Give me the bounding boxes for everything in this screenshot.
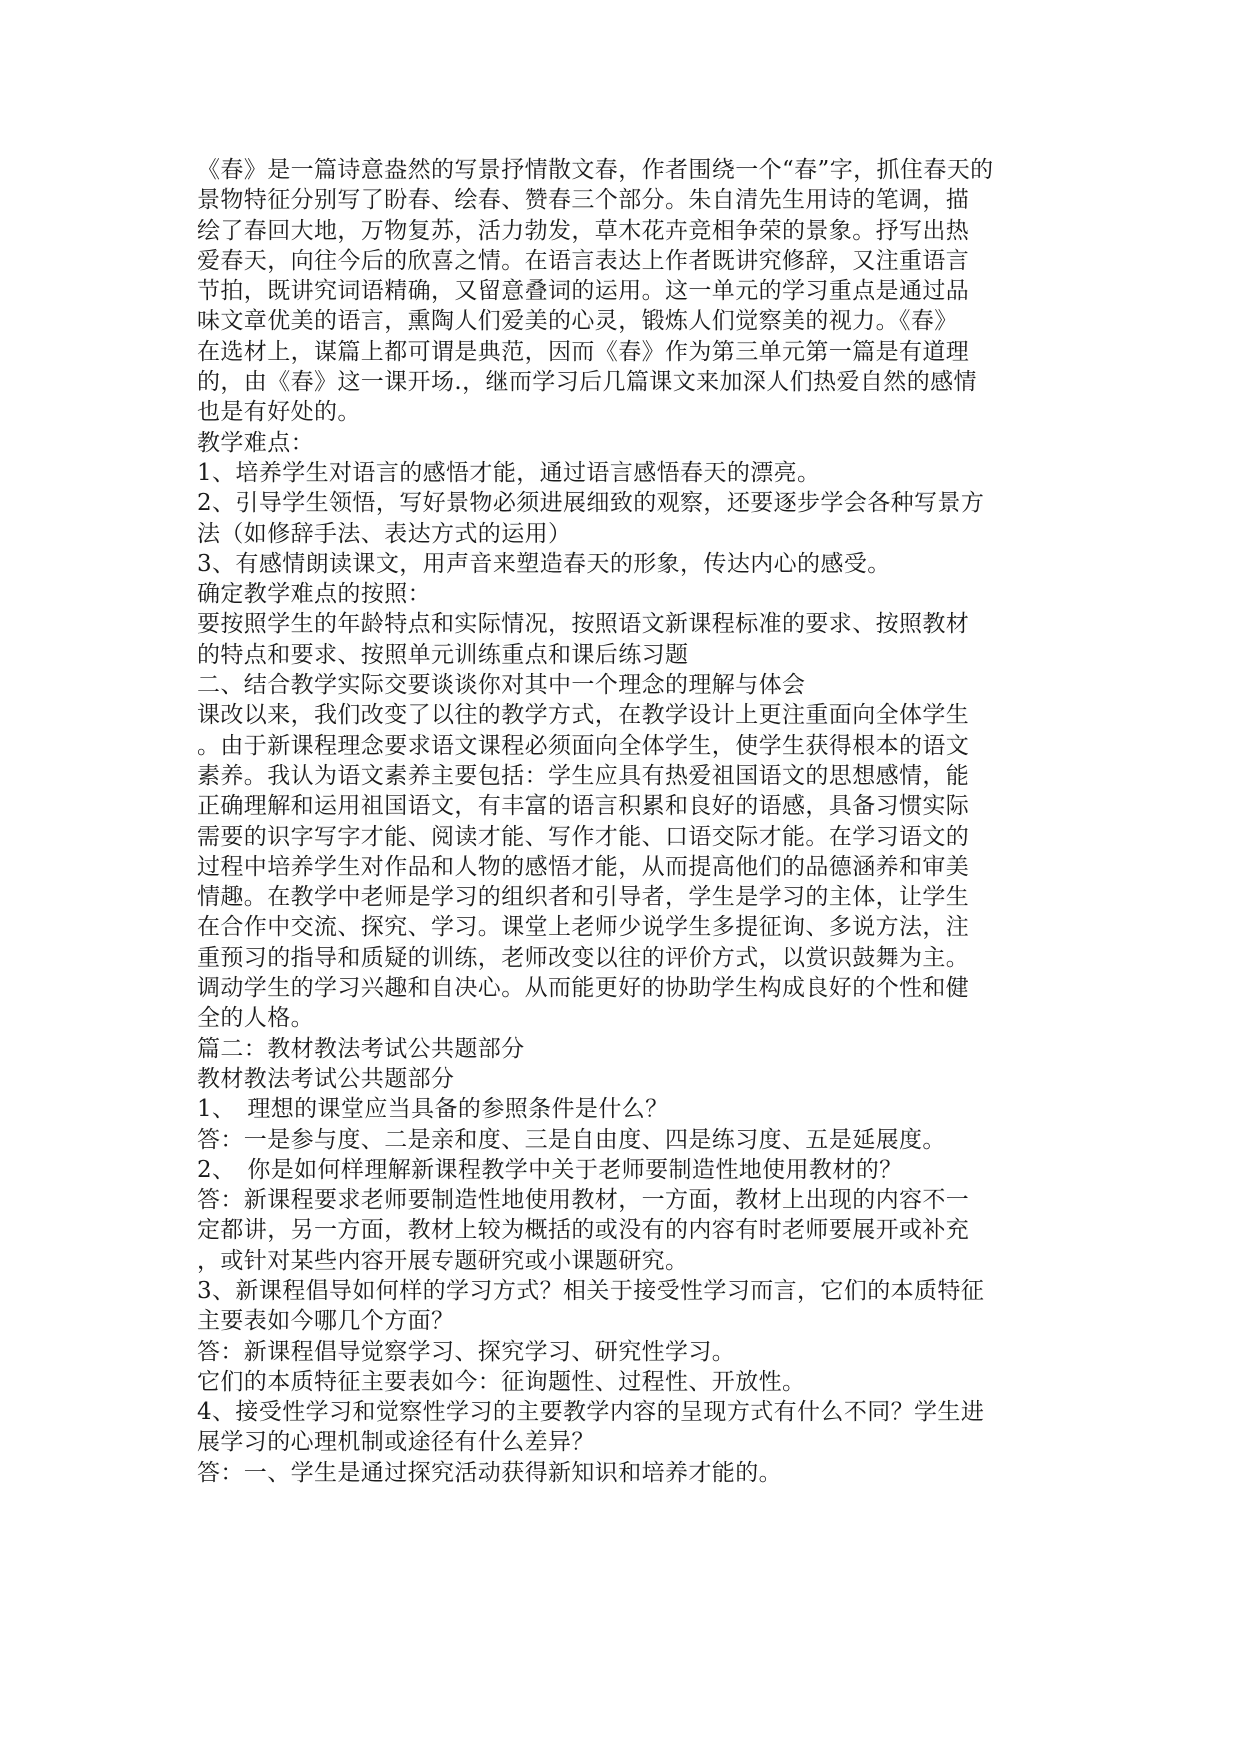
question-continuation: 主要表如今哪几个方面？ [197,1306,1057,1336]
section-title: 篇二：教材教法考试公共题部分 [197,1034,1057,1064]
paragraph-line: 调动学生的学习兴趣和自决心。从而能更好的协助学生构成良好的个性和健 [197,973,1057,1003]
section-heading: 教学难点： [197,428,1057,458]
answer: 答：新课程倡导觉察学习、探究学习、研究性学习。 [197,1337,1057,1367]
paragraph-line: 爱春天，向往今后的欣喜之情。在语言表达上作者既讲究修辞，又注重语言 [197,246,1057,276]
paragraph-line: 在选材上，谋篇上都可谓是典范，因而《春》作为第三单元第一篇是有道理 [197,337,1057,367]
question: 4、接受性学习和觉察性学习的主要教学内容的呈现方式有什么不同？学生进 [197,1397,1057,1427]
paragraph-line: 《春》是一篇诗意盎然的写景抒情散文春，作者围绕一个“春”字，抓住春天的 [197,155,1057,185]
paragraph-line: 。由于新课程理念要求语文课程必须面向全体学生，使学生获得根本的语文 [197,731,1057,761]
section-title: 教材教法考试公共题部分 [197,1064,1057,1094]
answer-continuation: ，或针对某些内容开展专题研究或小课题研究。 [197,1246,1057,1276]
paragraph-line: 需要的识字写字才能、阅读才能、写作才能、口语交际才能。在学习语文的 [197,822,1057,852]
paragraph-line: 正确理解和运用祖国语文，有丰富的语言积累和良好的语感，具备习惯实际 [197,791,1057,821]
list-item: 2、引导学生领悟，写好景物必须进展细致的观察，还要逐步学会各种写景方 [197,488,1057,518]
paragraph-line: 情趣。在教学中老师是学习的组织者和引导者，学生是学习的主体，让学生 [197,882,1057,912]
paragraph-line: 全的人格。 [197,1003,1057,1033]
list-item: 3、有感情朗读课文，用声音来塑造春天的形象，传达内心的感受。 [197,549,1057,579]
section-heading: 确定教学难点的按照： [197,579,1057,609]
question: 3、新课程倡导如何样的学习方式？相关于接受性学习而言，它们的本质特征 [197,1276,1057,1306]
list-item: 1、培养学生对语言的感悟才能，通过语言感悟春天的漂亮。 [197,458,1057,488]
answer: 答：一是参与度、二是亲和度、三是自由度、四是练习度、五是延展度。 [197,1125,1057,1155]
section-heading: 二、结合教学实际交要谈谈你对其中一个理念的理解与体会 [197,670,1057,700]
paragraph-line: 味文章优美的语言，熏陶人们爱美的心灵，锻炼人们觉察美的视力。《春》 [197,306,1057,336]
paragraph-line: 绘了春回大地，万物复苏，活力勃发，草木花卉竞相争荣的景象。抒写出热 [197,216,1057,246]
list-item-continuation: 法（如修辞手法、表达方式的运用） [197,519,1057,549]
paragraph-line: 重预习的指导和质疑的训练，老师改变以往的评价方式，以赏识鼓舞为主。 [197,943,1057,973]
question: 2、 你是如何样理解新课程教学中关于老师要制造性地使用教材的？ [197,1155,1057,1185]
paragraph-line: 在合作中交流、探究、学习。课堂上老师少说学生多提征询、多说方法，注 [197,912,1057,942]
answer-continuation: 它们的本质特征主要表如今：征询题性、过程性、开放性。 [197,1367,1057,1397]
paragraph-line: 也是有好处的。 [197,397,1057,427]
paragraph-line: 过程中培养学生对作品和人物的感悟才能，从而提高他们的品德涵养和审美 [197,852,1057,882]
paragraph-line: 要按照学生的年龄特点和实际情况，按照语文新课程标准的要求、按照教材 [197,609,1057,639]
paragraph-line: 素养。我认为语文素养主要包括：学生应具有热爱祖国语文的思想感情，能 [197,761,1057,791]
paragraph-line: 的特点和要求、按照单元训练重点和课后练习题 [197,640,1057,670]
answer-continuation: 定都讲，另一方面，教材上较为概括的或没有的内容有时老师要展开或补充 [197,1215,1057,1245]
answer: 答：新课程要求老师要制造性地使用教材，一方面，教材上出现的内容不一 [197,1185,1057,1215]
question-continuation: 展学习的心理机制或途径有什么差异？ [197,1427,1057,1457]
paragraph-line: 节拍，既讲究词语精确，又留意叠词的运用。这一单元的学习重点是通过品 [197,276,1057,306]
paragraph-line: 课改以来，我们改变了以往的教学方式，在教学设计上更注重面向全体学生 [197,700,1057,730]
document-body: 《春》是一篇诗意盎然的写景抒情散文春，作者围绕一个“春”字，抓住春天的 景物特征… [197,155,1057,1488]
document-page: 《春》是一篇诗意盎然的写景抒情散文春，作者围绕一个“春”字，抓住春天的 景物特征… [0,0,1241,1754]
paragraph-line: 的，由《春》这一课开场.，继而学习后几篇课文来加深人们热爱自然的感情 [197,367,1057,397]
answer: 答：一、学生是通过探究活动获得新知识和培养才能的。 [197,1458,1057,1488]
paragraph-line: 景物特征分别写了盼春、绘春、赞春三个部分。朱自清先生用诗的笔调，描 [197,185,1057,215]
question: 1、 理想的课堂应当具备的参照条件是什么？ [197,1094,1057,1124]
